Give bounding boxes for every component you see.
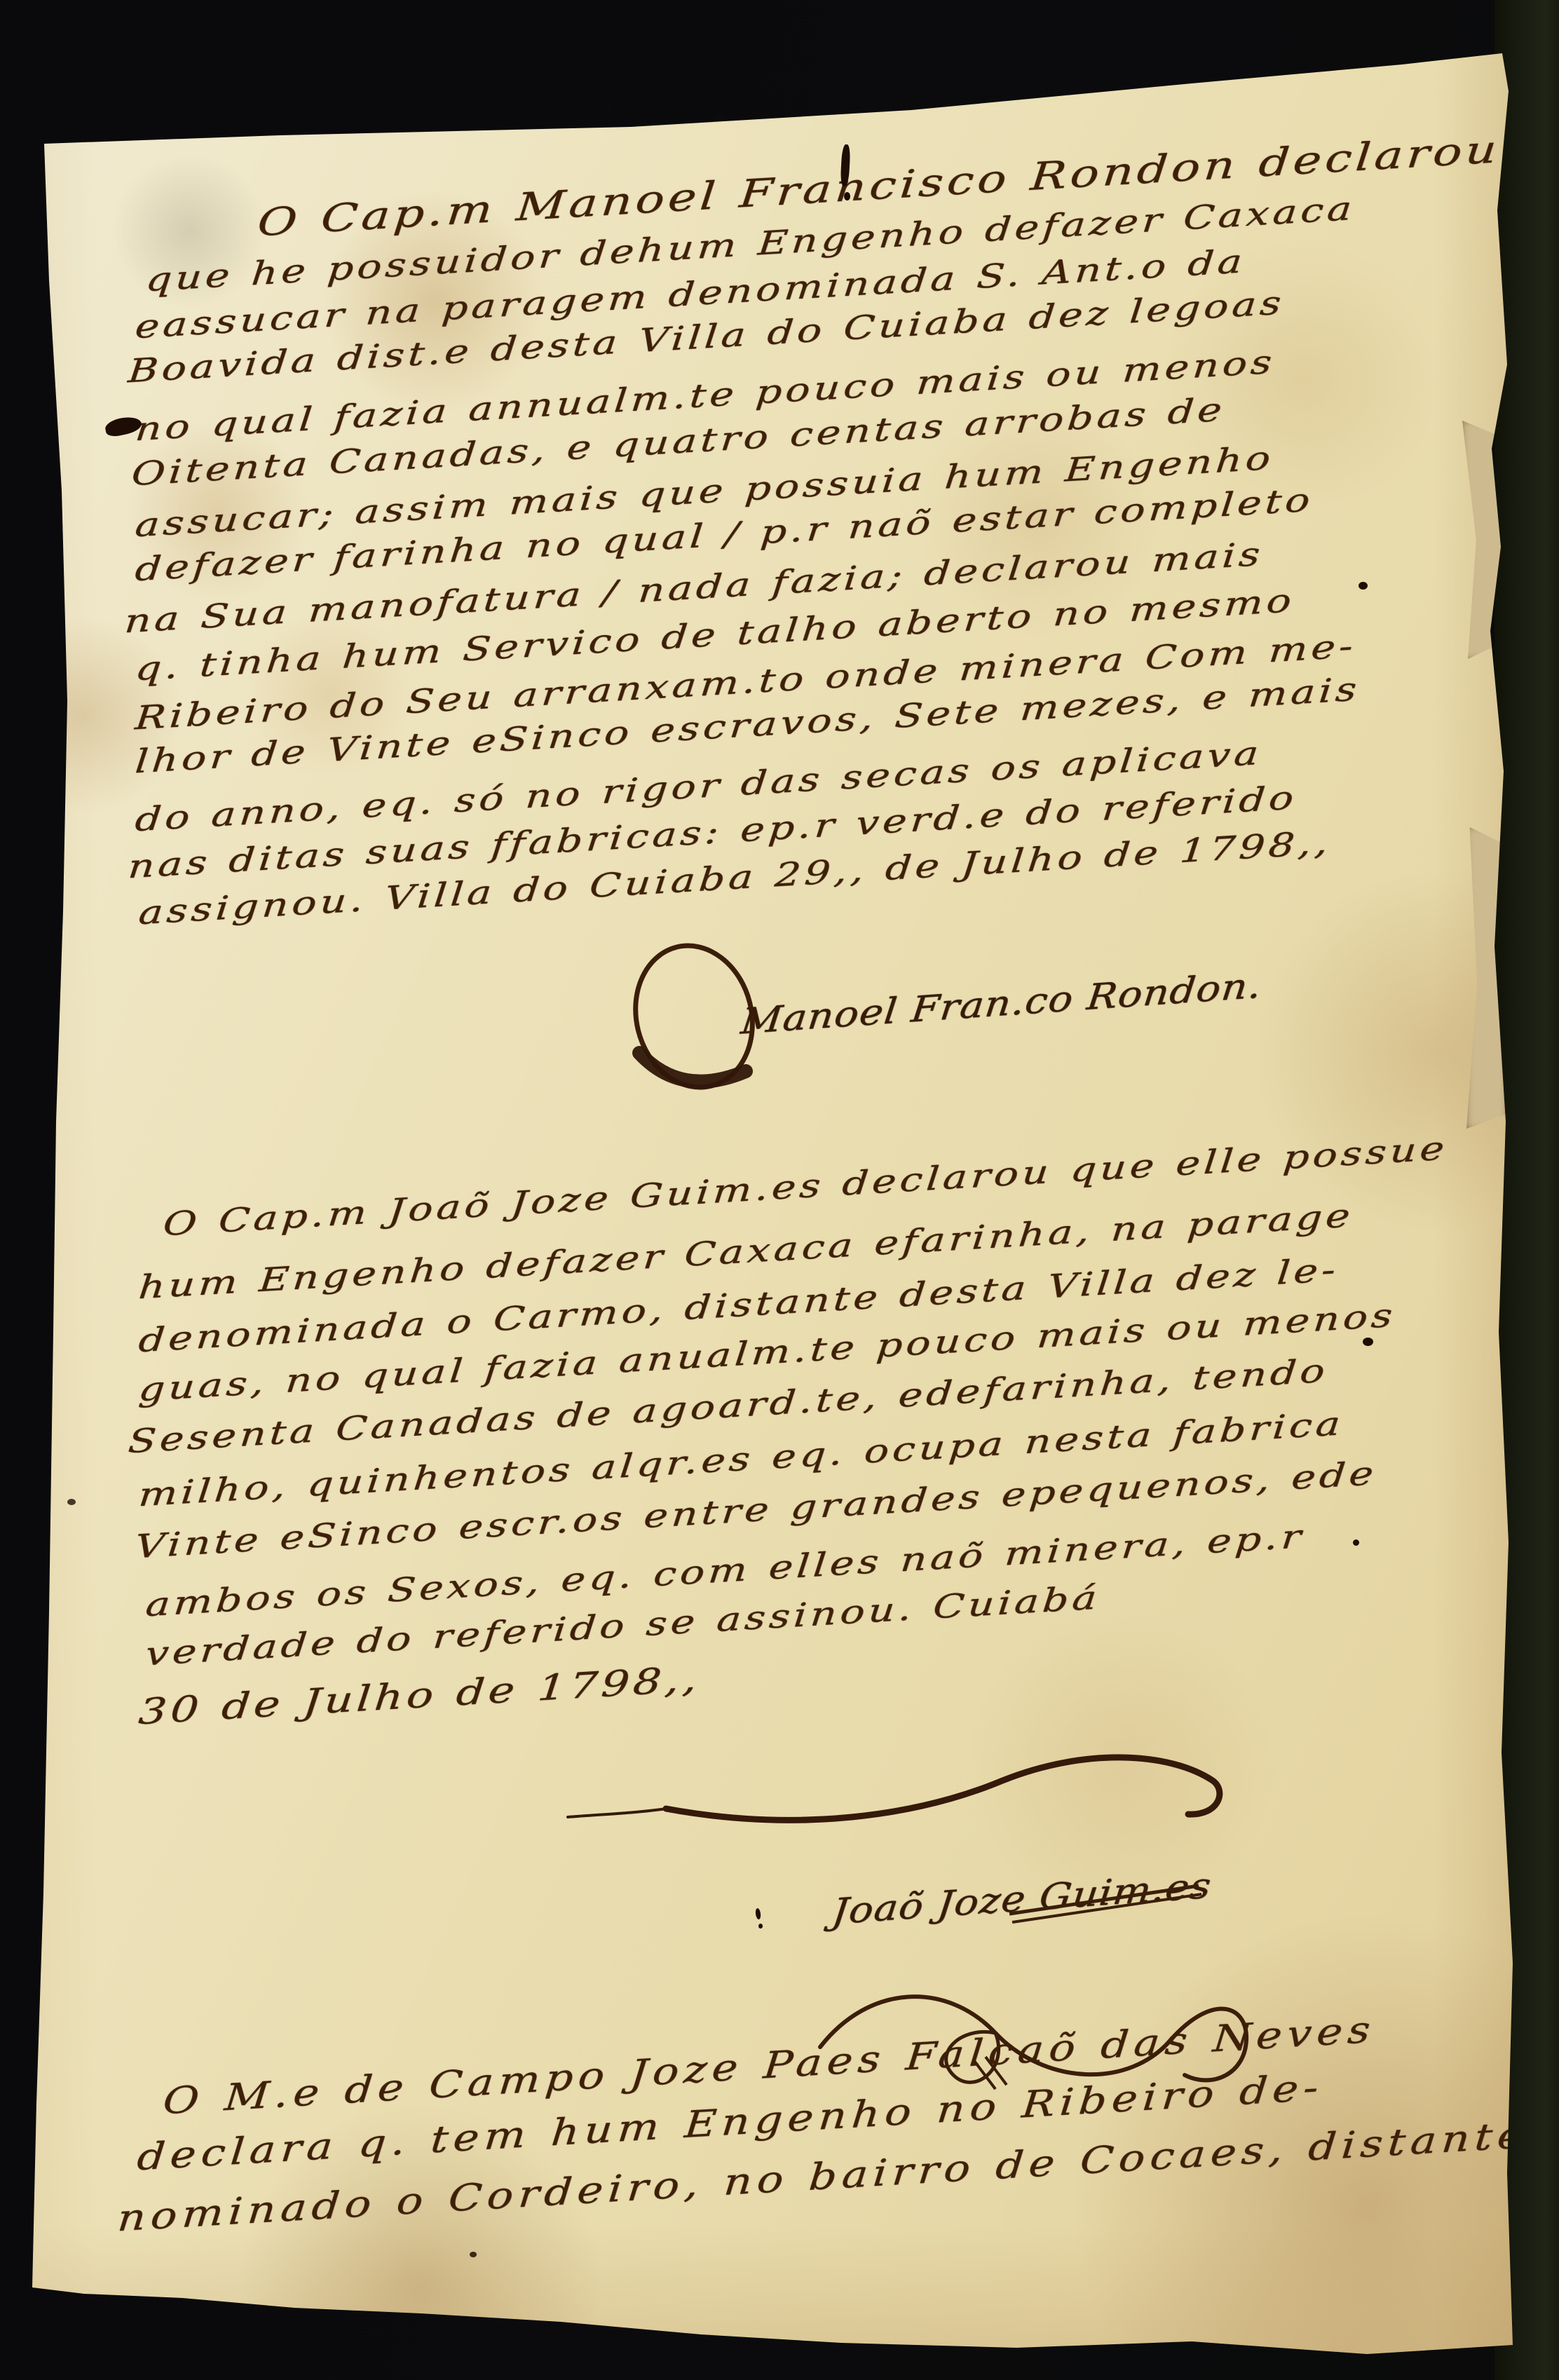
- ink-speck: [40, 1403, 46, 1423]
- ink-speck: [1363, 1338, 1373, 1346]
- signature-strike-lines: [1002, 1873, 1213, 1929]
- ink-speck: [67, 1499, 76, 1505]
- date-flourish-sweep: [554, 1704, 1255, 1837]
- photo-background: O Cap.m Manoel Francisco Rondon declarou…: [0, 0, 1559, 2380]
- ink-speck: [755, 1908, 761, 1920]
- ink-speck: [844, 192, 850, 200]
- manuscript-page: O Cap.m Manoel Francisco Rondon declarou…: [0, 0, 1559, 2380]
- ink-speck: [758, 1924, 763, 1929]
- ink-speck: [1359, 582, 1368, 590]
- ink-speck: [1353, 1539, 1359, 1546]
- ink-speck: [470, 2252, 477, 2257]
- signature-manoel-rondon: Manoel Fran.co Rondon.: [739, 966, 1264, 1041]
